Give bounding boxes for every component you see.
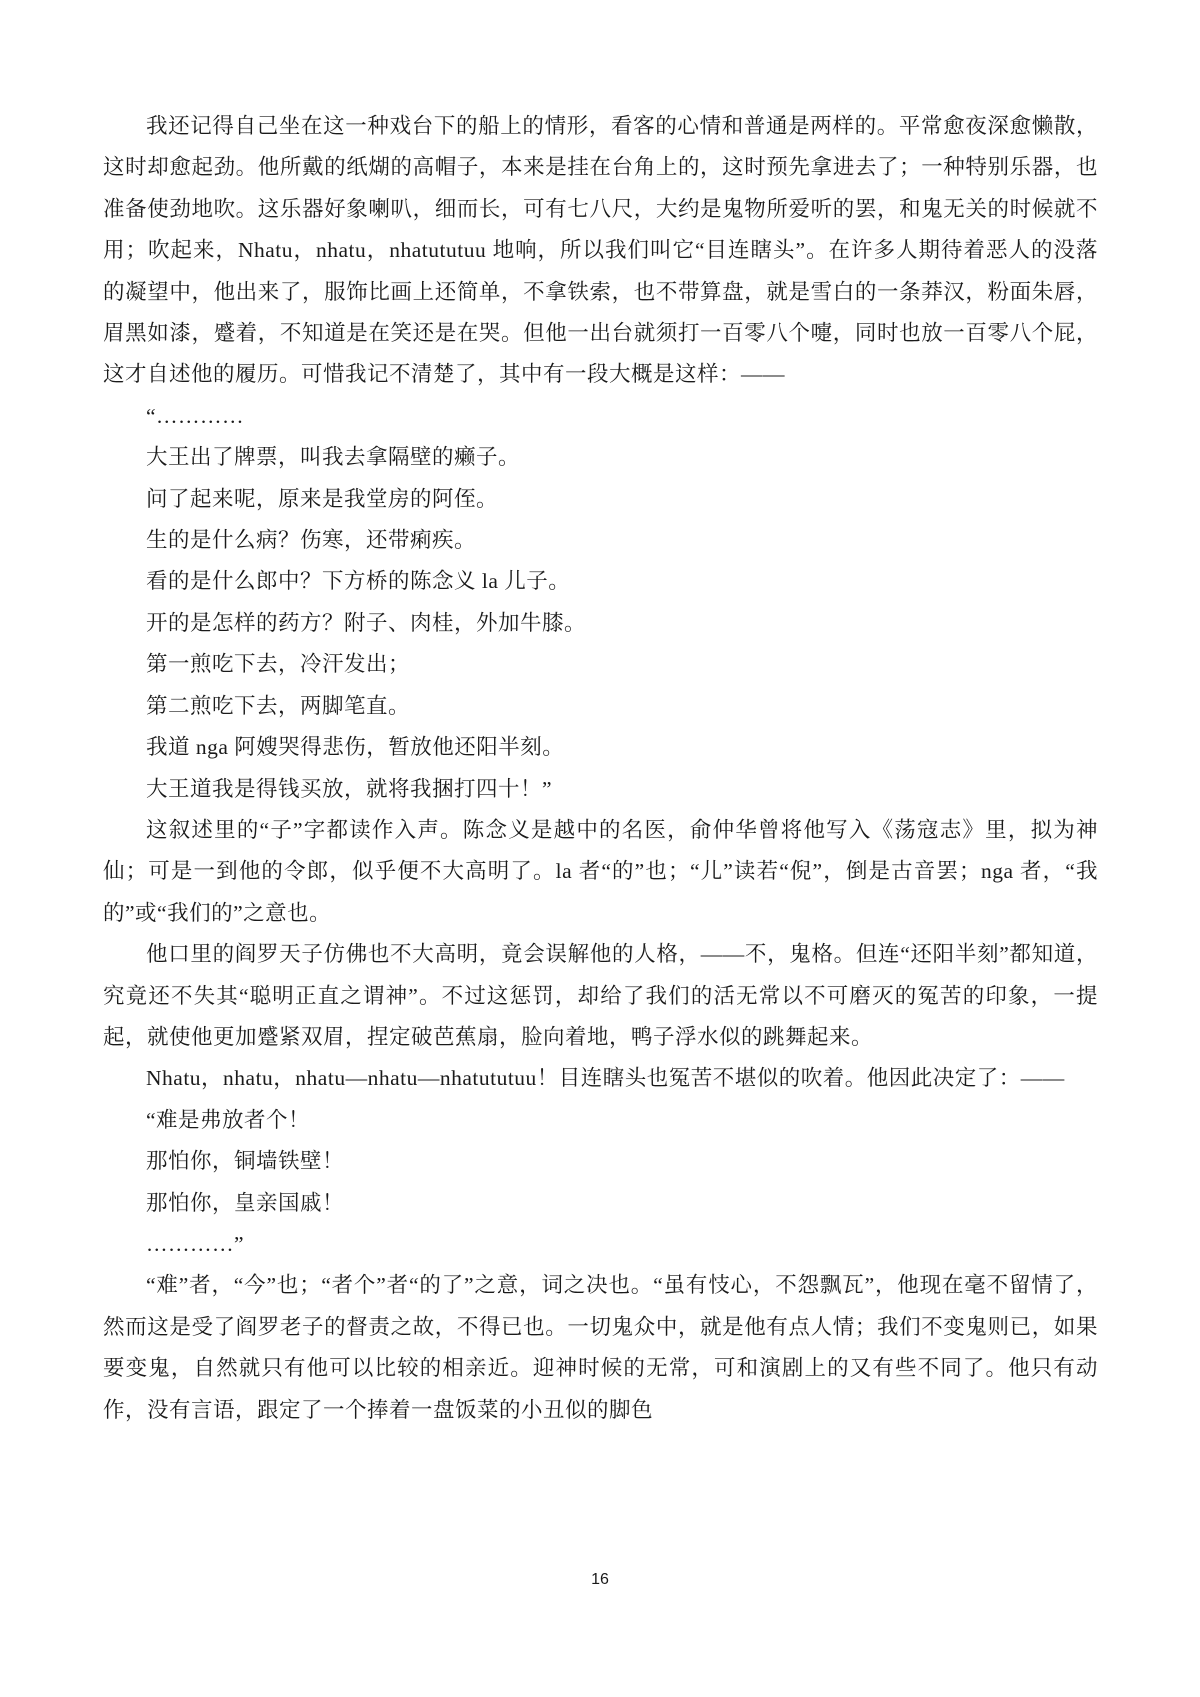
text-body: 我还记得自己坐在这一种戏台下的船上的情形，看客的心情和普通是两样的。平常愈夜深愈… — [103, 106, 1098, 1431]
verse-line: 大王道我是得钱买放，就将我捆打四十！” — [103, 769, 1098, 810]
page-number: 16 — [0, 1571, 1200, 1589]
paragraph: 这叙述里的“子”字都读作入声。陈念义是越中的名医，俞仲华曾将他写入《荡寇志》里，… — [103, 810, 1098, 934]
verse-line: “难是弗放者个！ — [103, 1100, 1098, 1141]
verse-line: 生的是什么病？伤寒，还带痢疾。 — [103, 520, 1098, 561]
paragraph: Nhatu，nhatu，nhatu—nhatu—nhatututuu！目连瞎头也… — [103, 1058, 1098, 1099]
verse-line: 大王出了牌票，叫我去拿隔壁的癞子。 — [103, 437, 1098, 478]
verse-line: 我道 nga 阿嫂哭得悲伤，暂放他还阳半刻。 — [103, 727, 1098, 768]
verse-line: 那怕你，铜墙铁壁！ — [103, 1141, 1098, 1182]
verse-line: 看的是什么郎中？下方桥的陈念义 la 儿子。 — [103, 561, 1098, 602]
paragraph: 他口里的阎罗天子仿佛也不大高明，竟会误解他的人格，——不，鬼格。但连“还阳半刻”… — [103, 934, 1098, 1058]
verse-line: …………” — [103, 1224, 1098, 1265]
verse-line: “………… — [103, 396, 1098, 437]
verse-line: 第二煎吃下去，两脚笔直。 — [103, 686, 1098, 727]
paragraph: “难”者，“今”也；“者个”者“的了”之意，词之决也。“虽有忮心，不怨飘瓦”，他… — [103, 1265, 1098, 1431]
verse-line: 那怕你，皇亲国戚！ — [103, 1183, 1098, 1224]
verse-line: 问了起来呢，原来是我堂房的阿侄。 — [103, 479, 1098, 520]
verse-line: 开的是怎样的药方？附子、肉桂，外加牛膝。 — [103, 603, 1098, 644]
verse-line: 第一煎吃下去，冷汗发出； — [103, 644, 1098, 685]
paragraph: 我还记得自己坐在这一种戏台下的船上的情形，看客的心情和普通是两样的。平常愈夜深愈… — [103, 106, 1098, 396]
document-page: 我还记得自己坐在这一种戏台下的船上的情形，看客的心情和普通是两样的。平常愈夜深愈… — [0, 0, 1200, 1697]
